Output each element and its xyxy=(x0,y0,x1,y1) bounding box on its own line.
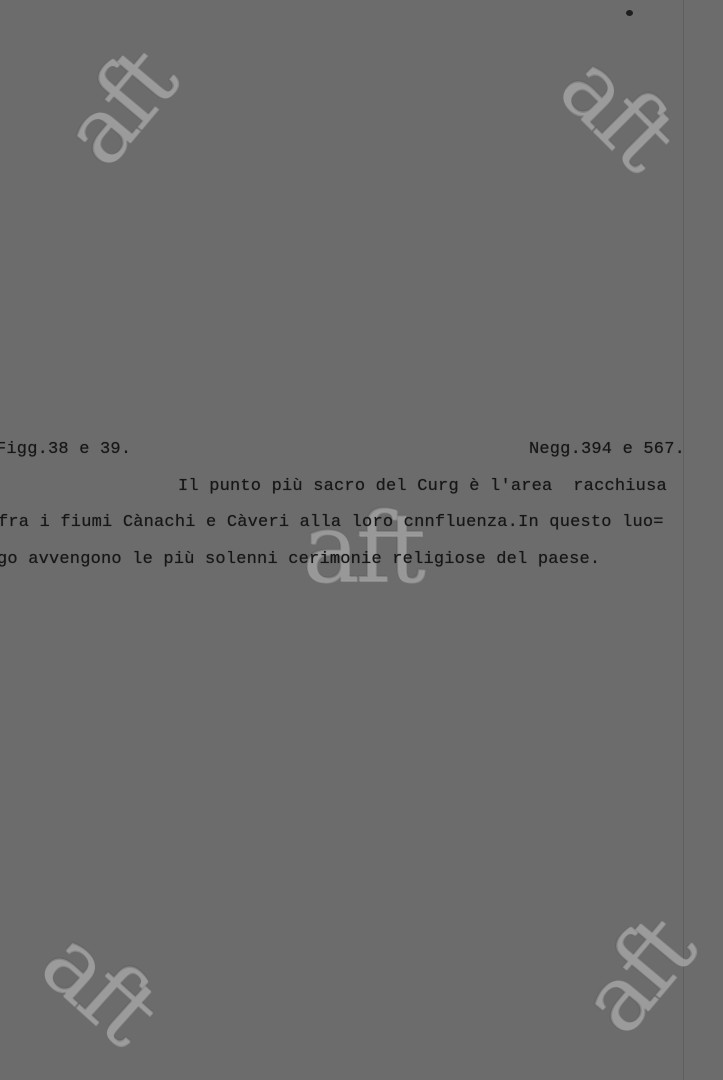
document-page: aft aft aft aft aft Figg.38 e 39. Negg.3… xyxy=(0,0,723,1080)
negative-reference: Negg.394 e 567. xyxy=(529,440,685,459)
body-line-1: Il punto più sacro del Curg è l'area rac… xyxy=(178,477,667,496)
ink-speck xyxy=(626,10,633,16)
watermark-top-left: aft xyxy=(47,35,191,181)
body-line-3: go avvengono le più solenni cerimonie re… xyxy=(0,550,600,569)
figure-reference: Figg.38 e 39. xyxy=(0,440,131,459)
page-edge-line xyxy=(683,0,684,1080)
watermark-top-right: aft xyxy=(544,38,690,184)
watermark-bottom-left: aft xyxy=(26,914,172,1059)
watermark-bottom-right: aft xyxy=(565,903,709,1049)
body-line-2: fra i fiumi Cànachi e Càveri alla loro c… xyxy=(0,513,664,532)
